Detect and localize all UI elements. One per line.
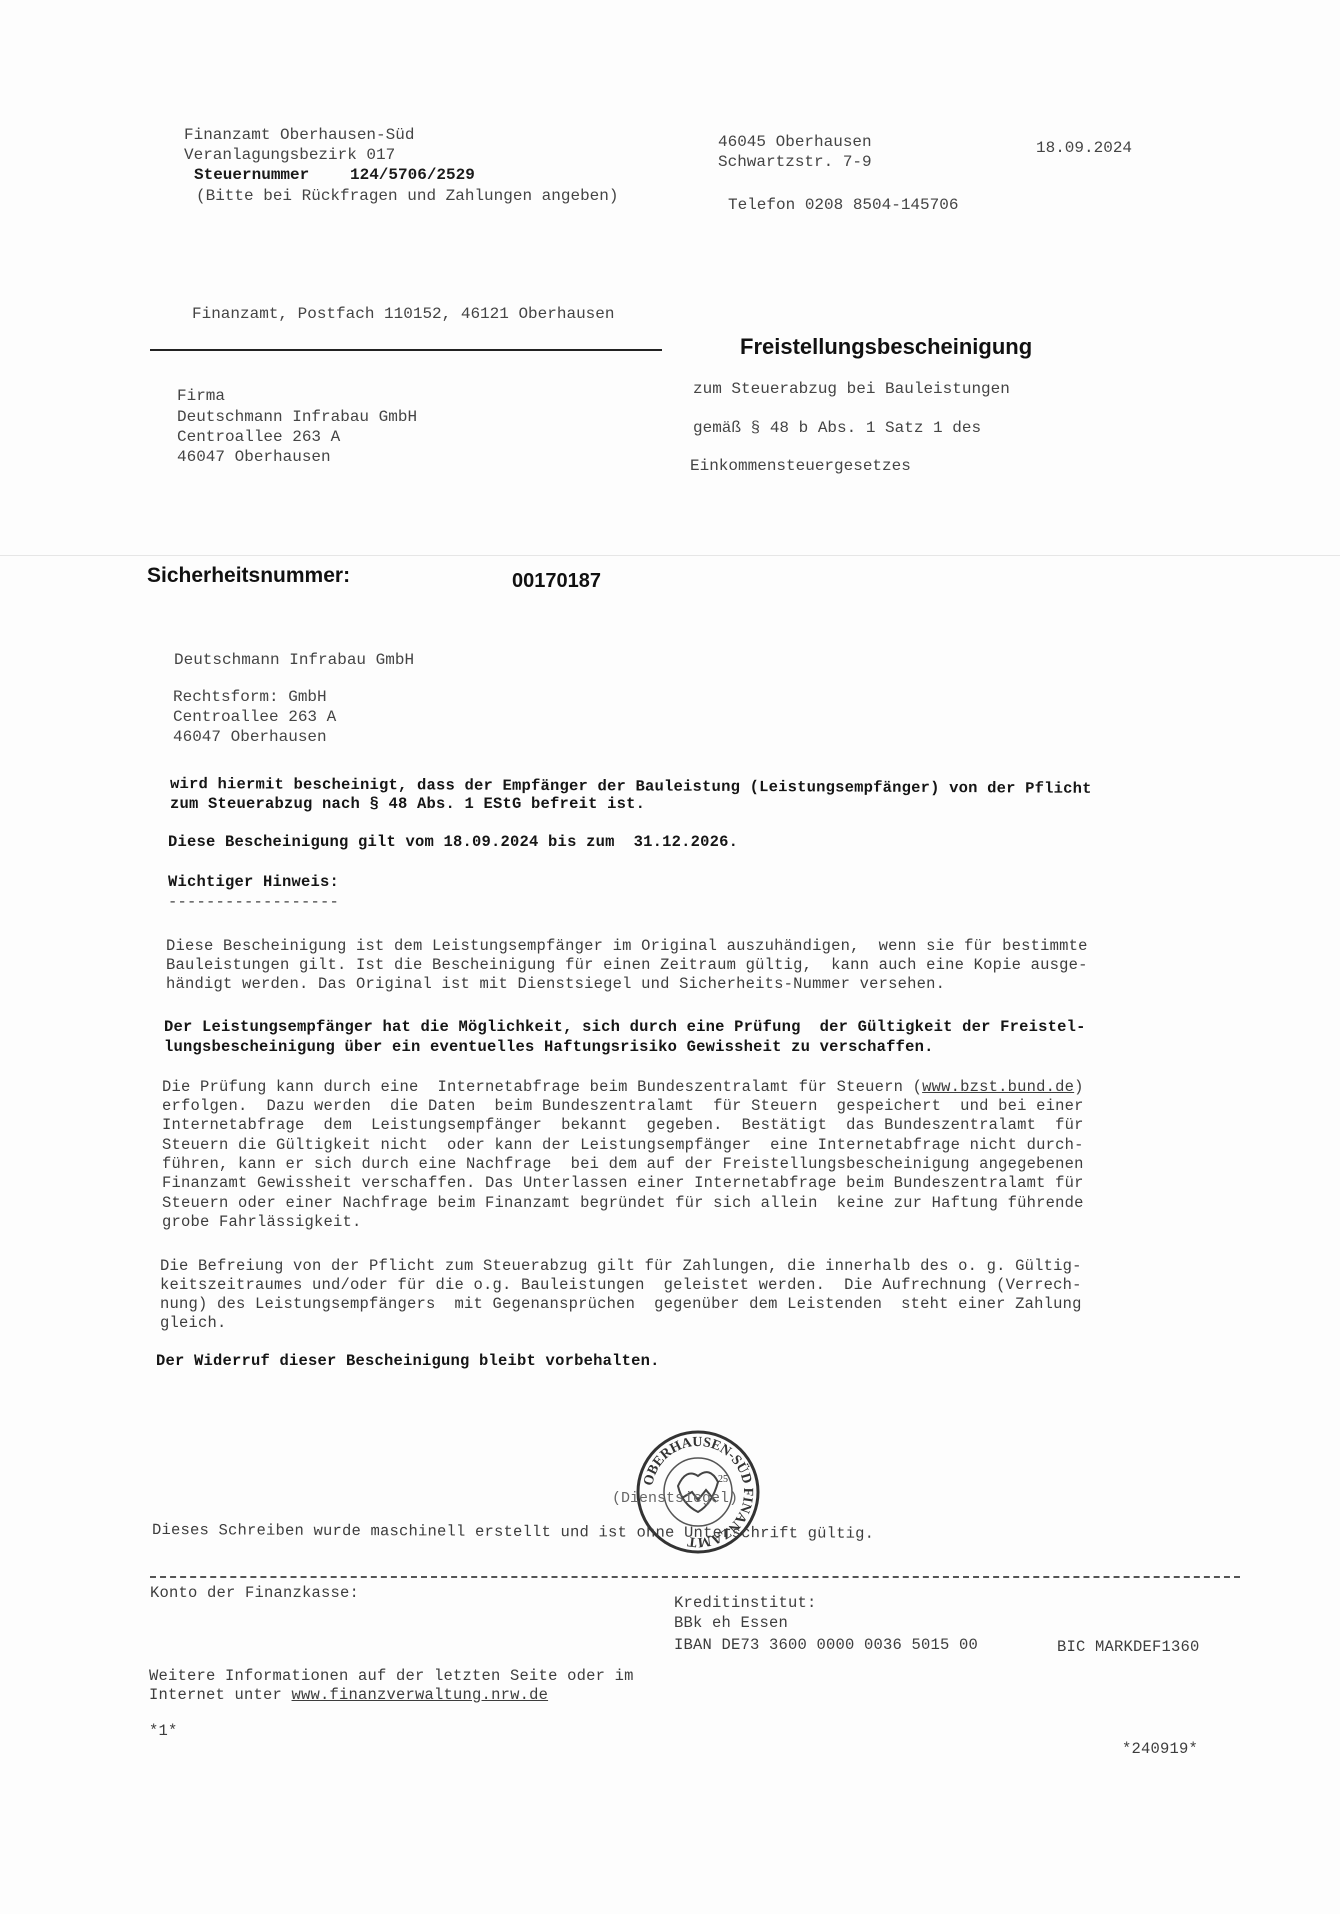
beneficiary-city: 46047 Oberhausen — [173, 728, 327, 747]
info-line-2: Internet unter www.finanzverwaltung.nrw.… — [149, 1686, 548, 1706]
info-line-1: Weitere Informationen auf der letzten Se… — [149, 1667, 634, 1687]
account-label: Konto der Finanzkasse: — [150, 1584, 359, 1604]
paragraph-line: grobe Fahrlässigkeit. — [162, 1213, 362, 1233]
bank-label: Kreditinstitut: — [674, 1594, 817, 1614]
paragraph-line: führen, kann er sich durch eine Nachfrag… — [162, 1155, 1084, 1175]
tax-number-note: (Bitte bei Rückfragen und Zahlungen ange… — [196, 187, 618, 206]
bzst-link[interactable]: www.bzst.bund.de — [922, 1078, 1074, 1096]
title-sub-2: gemäß § 48 b Abs. 1 Satz 1 des — [693, 419, 981, 438]
recipient-line-3: Centroallee 263 A — [177, 428, 340, 447]
paragraph-line: Steuern die Gültigkeit nicht oder kann d… — [162, 1136, 1084, 1156]
return-address: Finanzamt, Postfach 110152, 46121 Oberha… — [192, 305, 614, 324]
paragraph-line: Die Befreiung von der Pflicht zum Steuer… — [160, 1257, 1082, 1277]
security-number: 00170187 — [512, 570, 601, 593]
assessment-district: Veranlagungsbezirk 017 — [184, 146, 395, 165]
paragraph-line: Diese Bescheinigung ist dem Leistungsemp… — [166, 937, 1088, 957]
paragraph-line: Steuern oder einer Nachfrage beim Finanz… — [162, 1194, 1084, 1214]
validity-period: Diese Bescheinigung gilt vom 18.09.2024 … — [168, 833, 738, 853]
paragraph-line: Der Leistungsempfänger hat die Möglichke… — [164, 1018, 1086, 1038]
certification-line-2: zum Steuerabzug nach § 48 Abs. 1 EStG be… — [170, 795, 645, 815]
document-code: *240919* — [1122, 1740, 1198, 1760]
iban: IBAN DE73 3600 0000 0036 5015 00 — [674, 1636, 978, 1656]
bank-name: BBk eh Essen — [674, 1614, 788, 1634]
seal-number: 25 — [718, 1474, 728, 1485]
bic: BIC MARKDEF1360 — [1057, 1638, 1200, 1658]
paragraph-line: keitszeitraumes und/oder für die o.g. Ba… — [160, 1276, 1082, 1296]
finanzverwaltung-link[interactable]: www.finanzverwaltung.nrw.de — [292, 1686, 549, 1704]
paragraph-line: nung) des Leistungsempfängers mit Gegena… — [160, 1295, 1082, 1315]
revocation-reservation: Der Widerruf dieser Bescheinigung bleibt… — [156, 1352, 660, 1372]
recipient-line-1: Firma — [177, 387, 225, 406]
notice-heading: Wichtiger Hinweis: — [168, 873, 339, 893]
document-title: Freistellungsbescheinigung — [740, 334, 1032, 360]
office-phone: Telefon 0208 8504-145706 — [728, 196, 958, 215]
page-marker: *1* — [149, 1722, 178, 1742]
recipient-line-4: 46047 Oberhausen — [177, 448, 331, 467]
beneficiary-name: Deutschmann Infrabau GmbH — [174, 651, 414, 670]
paragraph-line: Internetabfrage dem Leistungsempfänger b… — [162, 1116, 1084, 1136]
paragraph-line: Bauleistungen gilt. Ist die Bescheinigun… — [166, 956, 1088, 976]
notice-underline: ------------------ — [168, 893, 339, 913]
office-street: Schwartzstr. 7-9 — [718, 153, 872, 172]
tax-number: 124/5706/2529 — [350, 166, 475, 185]
tax-office-name: Finanzamt Oberhausen-Süd — [184, 126, 414, 145]
title-sub-3: Einkommensteuergesetzes — [690, 457, 911, 476]
security-number-label: Sicherheitsnummer: — [147, 564, 350, 588]
beneficiary-legal-form: Rechtsform: GmbH — [173, 688, 327, 707]
seal-caption: (Dienstsiegel) — [612, 1490, 738, 1507]
paragraph-line: Die Prüfung kann durch eine Internetabfr… — [162, 1078, 1084, 1098]
letter-date: 18.09.2024 — [1036, 139, 1132, 158]
beneficiary-street: Centroallee 263 A — [173, 708, 336, 727]
paragraph-line: gleich. — [160, 1314, 227, 1334]
scan-sheet-edge — [0, 555, 1340, 556]
machine-generated-note: Dieses Schreiben wurde maschinell erstel… — [152, 1521, 874, 1544]
office-postal-city: 46045 Oberhausen — [718, 133, 872, 152]
paragraph-line: lungsbescheinigung über ein eventuelles … — [164, 1038, 934, 1058]
address-window-rule — [150, 349, 662, 351]
recipient-line-2: Deutschmann Infrabau GmbH — [177, 408, 417, 427]
paragraph-line: händigt werden. Das Original ist mit Die… — [166, 975, 945, 995]
footer-dashed-rule — [150, 1576, 1240, 1578]
title-sub-1: zum Steuerabzug bei Bauleistungen — [693, 380, 1010, 399]
tax-number-label: Steuernummer — [194, 166, 309, 185]
paragraph-line: erfolgen. Dazu werden die Daten beim Bun… — [162, 1097, 1084, 1117]
paragraph-line: Finanzamt Gewissheit verschaffen. Das Un… — [162, 1174, 1084, 1194]
